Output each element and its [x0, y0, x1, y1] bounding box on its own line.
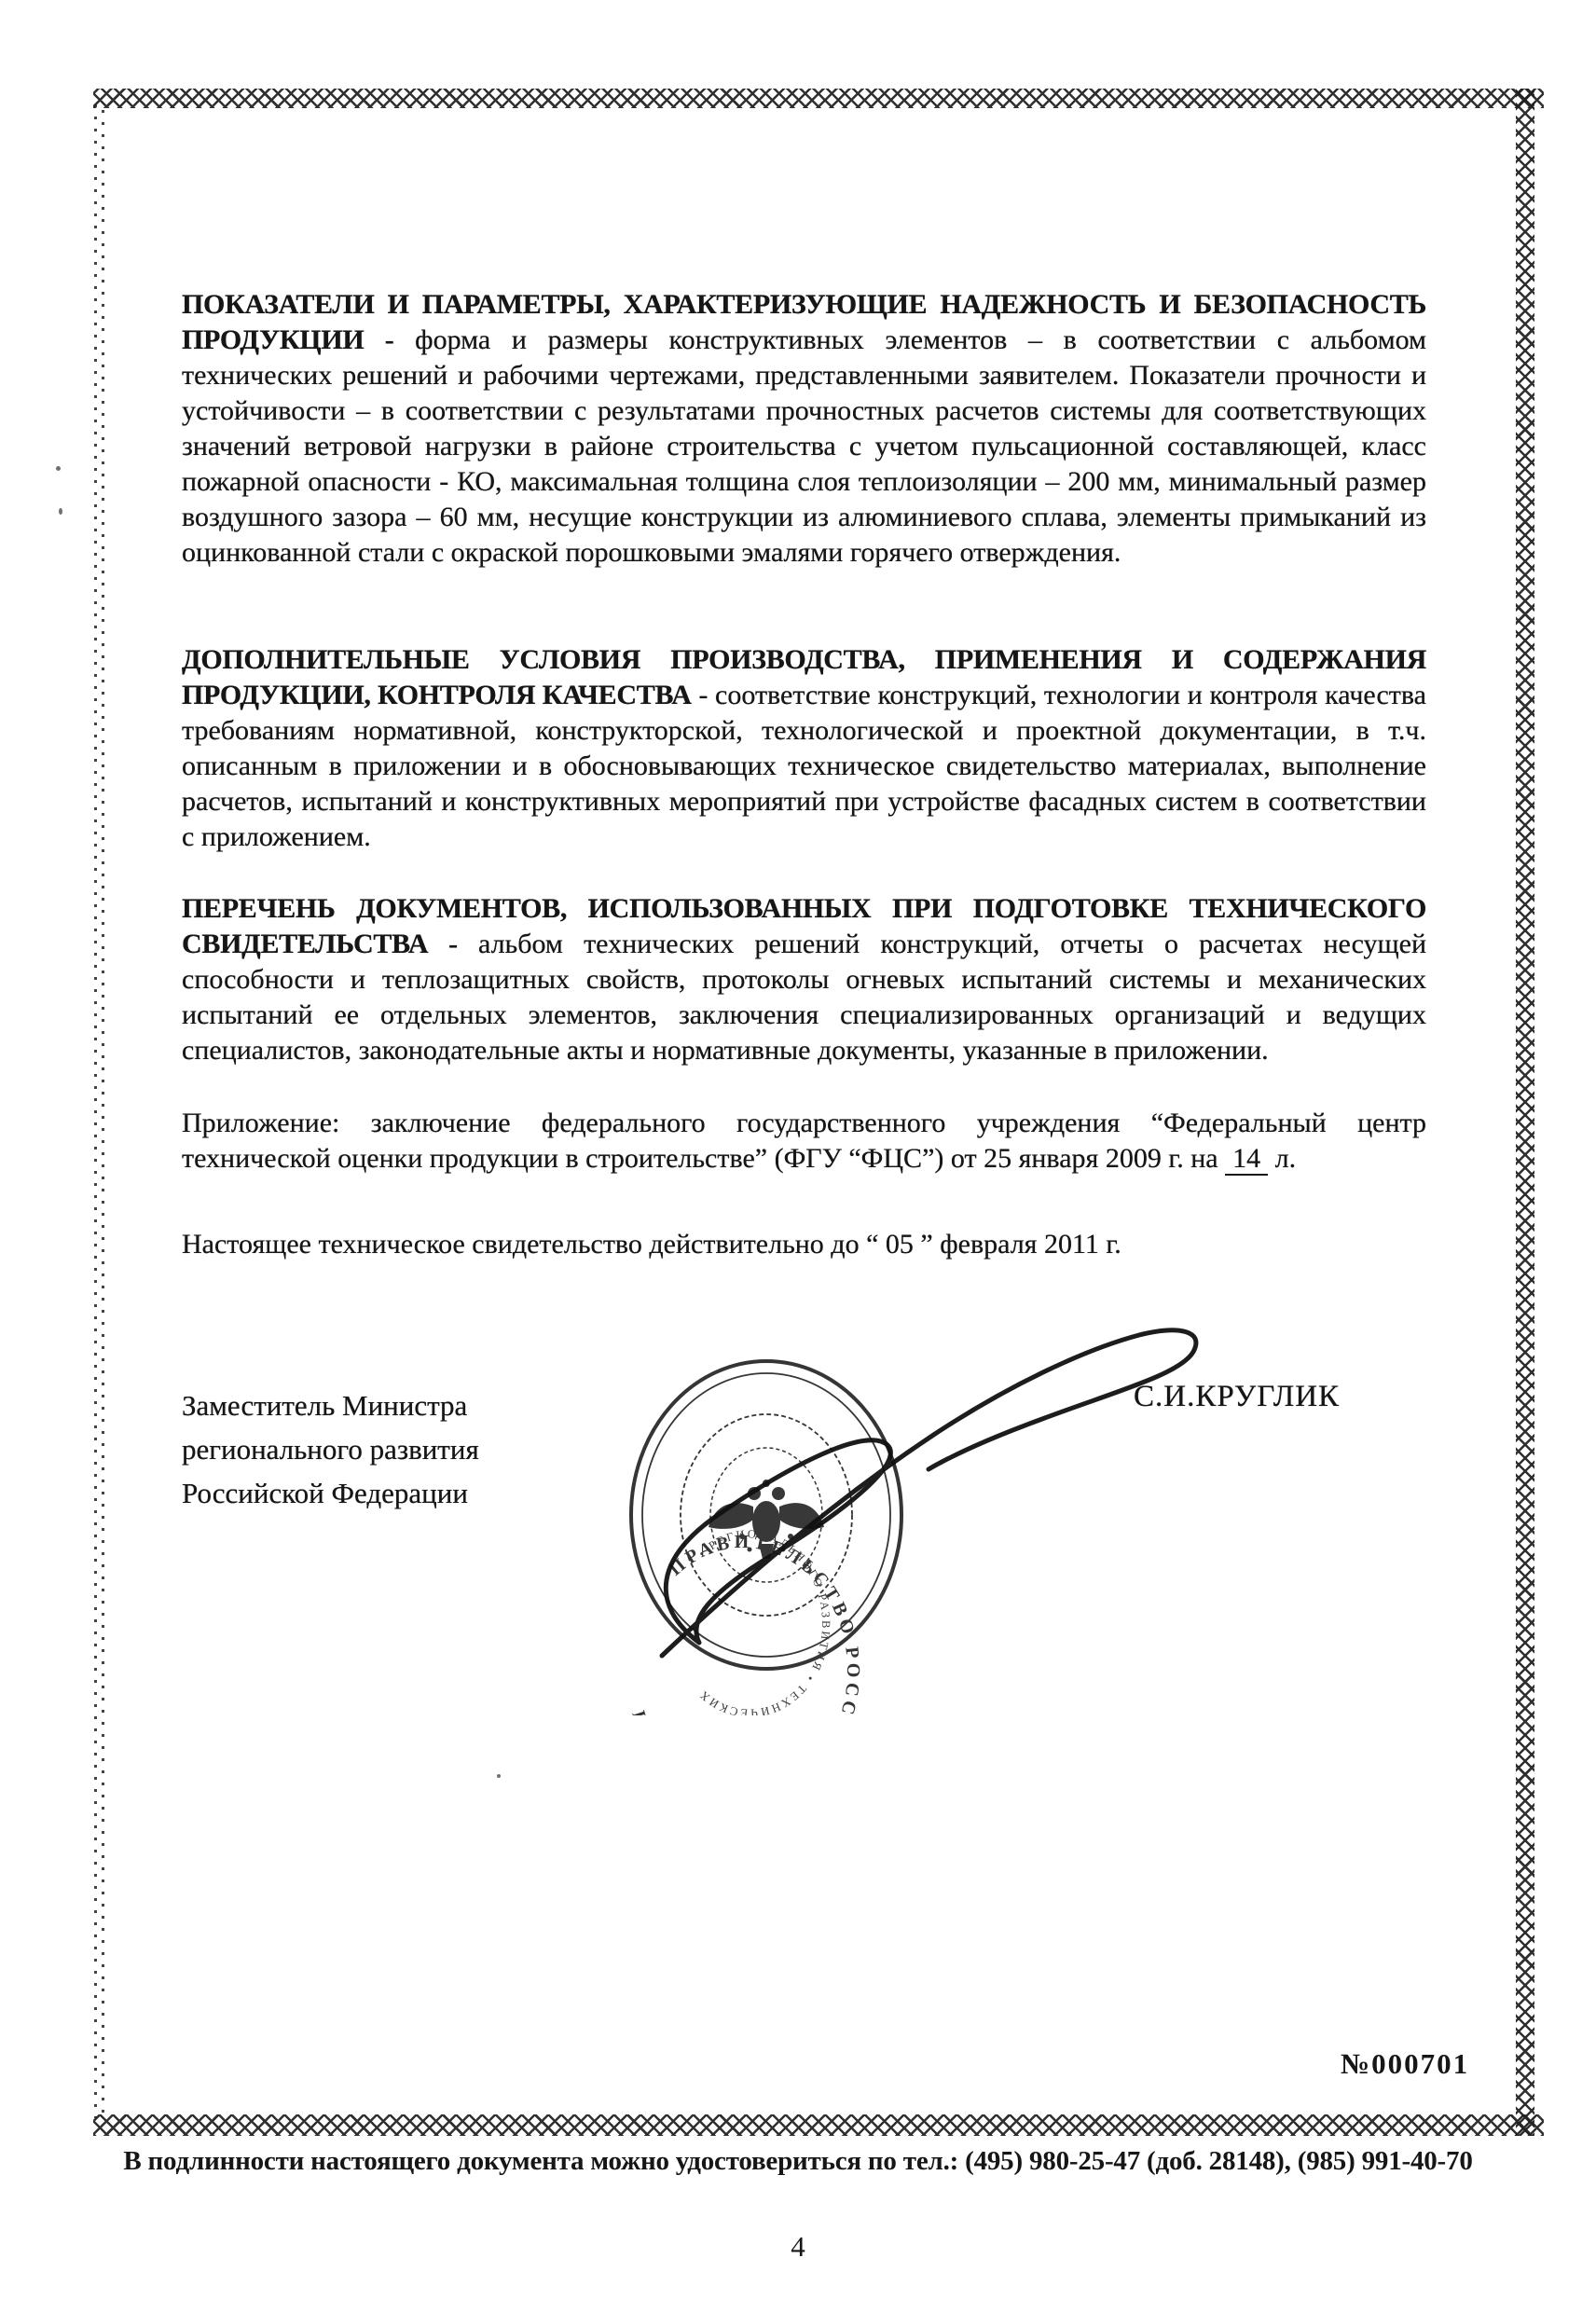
scan-speck [56, 466, 61, 471]
validity-line: Настоящее техническое свидетельство дейс… [182, 1227, 1426, 1262]
attachment-line: Приложение: заключение федерального госу… [182, 1106, 1426, 1177]
decorative-border-right [1516, 89, 1534, 2136]
attachment-text-suffix: л. [1275, 1143, 1296, 1174]
serial-number: №000701 [1341, 2047, 1469, 2081]
page-number: 4 [0, 2230, 1596, 2264]
signatory-title-line: Заместитель Министра [182, 1384, 573, 1427]
section-reliability-safety: ПОКАЗАТЕЛИ И ПАРАМЕТРЫ, ХАРАКТЕРИЗУЮЩИЕ … [182, 287, 1426, 571]
signatory-title-line: Российской Федерации [182, 1471, 573, 1515]
section-body: форма и размеры конструктивных элементов… [182, 324, 1426, 568]
scan-speck [497, 1774, 501, 1778]
decorative-border-bottom [93, 2114, 1544, 2136]
signatory-title-line: регионального развития [182, 1427, 573, 1471]
attachment-pages-count: 14 [1225, 1143, 1268, 1176]
document-page: ПОКАЗАТЕЛИ И ПАРАМЕТРЫ, ХАРАКТЕРИЗУЮЩИЕ … [0, 0, 1596, 2313]
verification-footer-note: В подлинности настоящего документа можно… [0, 2146, 1596, 2177]
signatory-title: Заместитель Министра регионального разви… [182, 1384, 573, 1515]
scan-speck [59, 508, 62, 515]
official-stamp-icon: ПРАВИТЕЛЬСТВО РОССИЙСКОЙ ФЕДЕРАЦИИ • РЕГ… [627, 1361, 901, 1715]
decorative-border-top [93, 89, 1544, 108]
section-additional-conditions: ДОПОЛНИТЕЛЬНЫЕ УСЛОВИЯ ПРОИЗВОДСТВА, ПРИ… [182, 642, 1426, 855]
decorative-border-left [93, 104, 106, 2118]
handwritten-signature-icon [662, 1330, 1196, 1656]
stamp-and-signature: ПРАВИТЕЛЬСТВО РОССИЙСКОЙ ФЕДЕРАЦИИ • РЕГ… [559, 1287, 1231, 1715]
section-documents-list: ПЕРЕЧЕНЬ ДОКУМЕНТОВ, ИСПОЛЬЗОВАННЫХ ПРИ … [182, 891, 1426, 1068]
